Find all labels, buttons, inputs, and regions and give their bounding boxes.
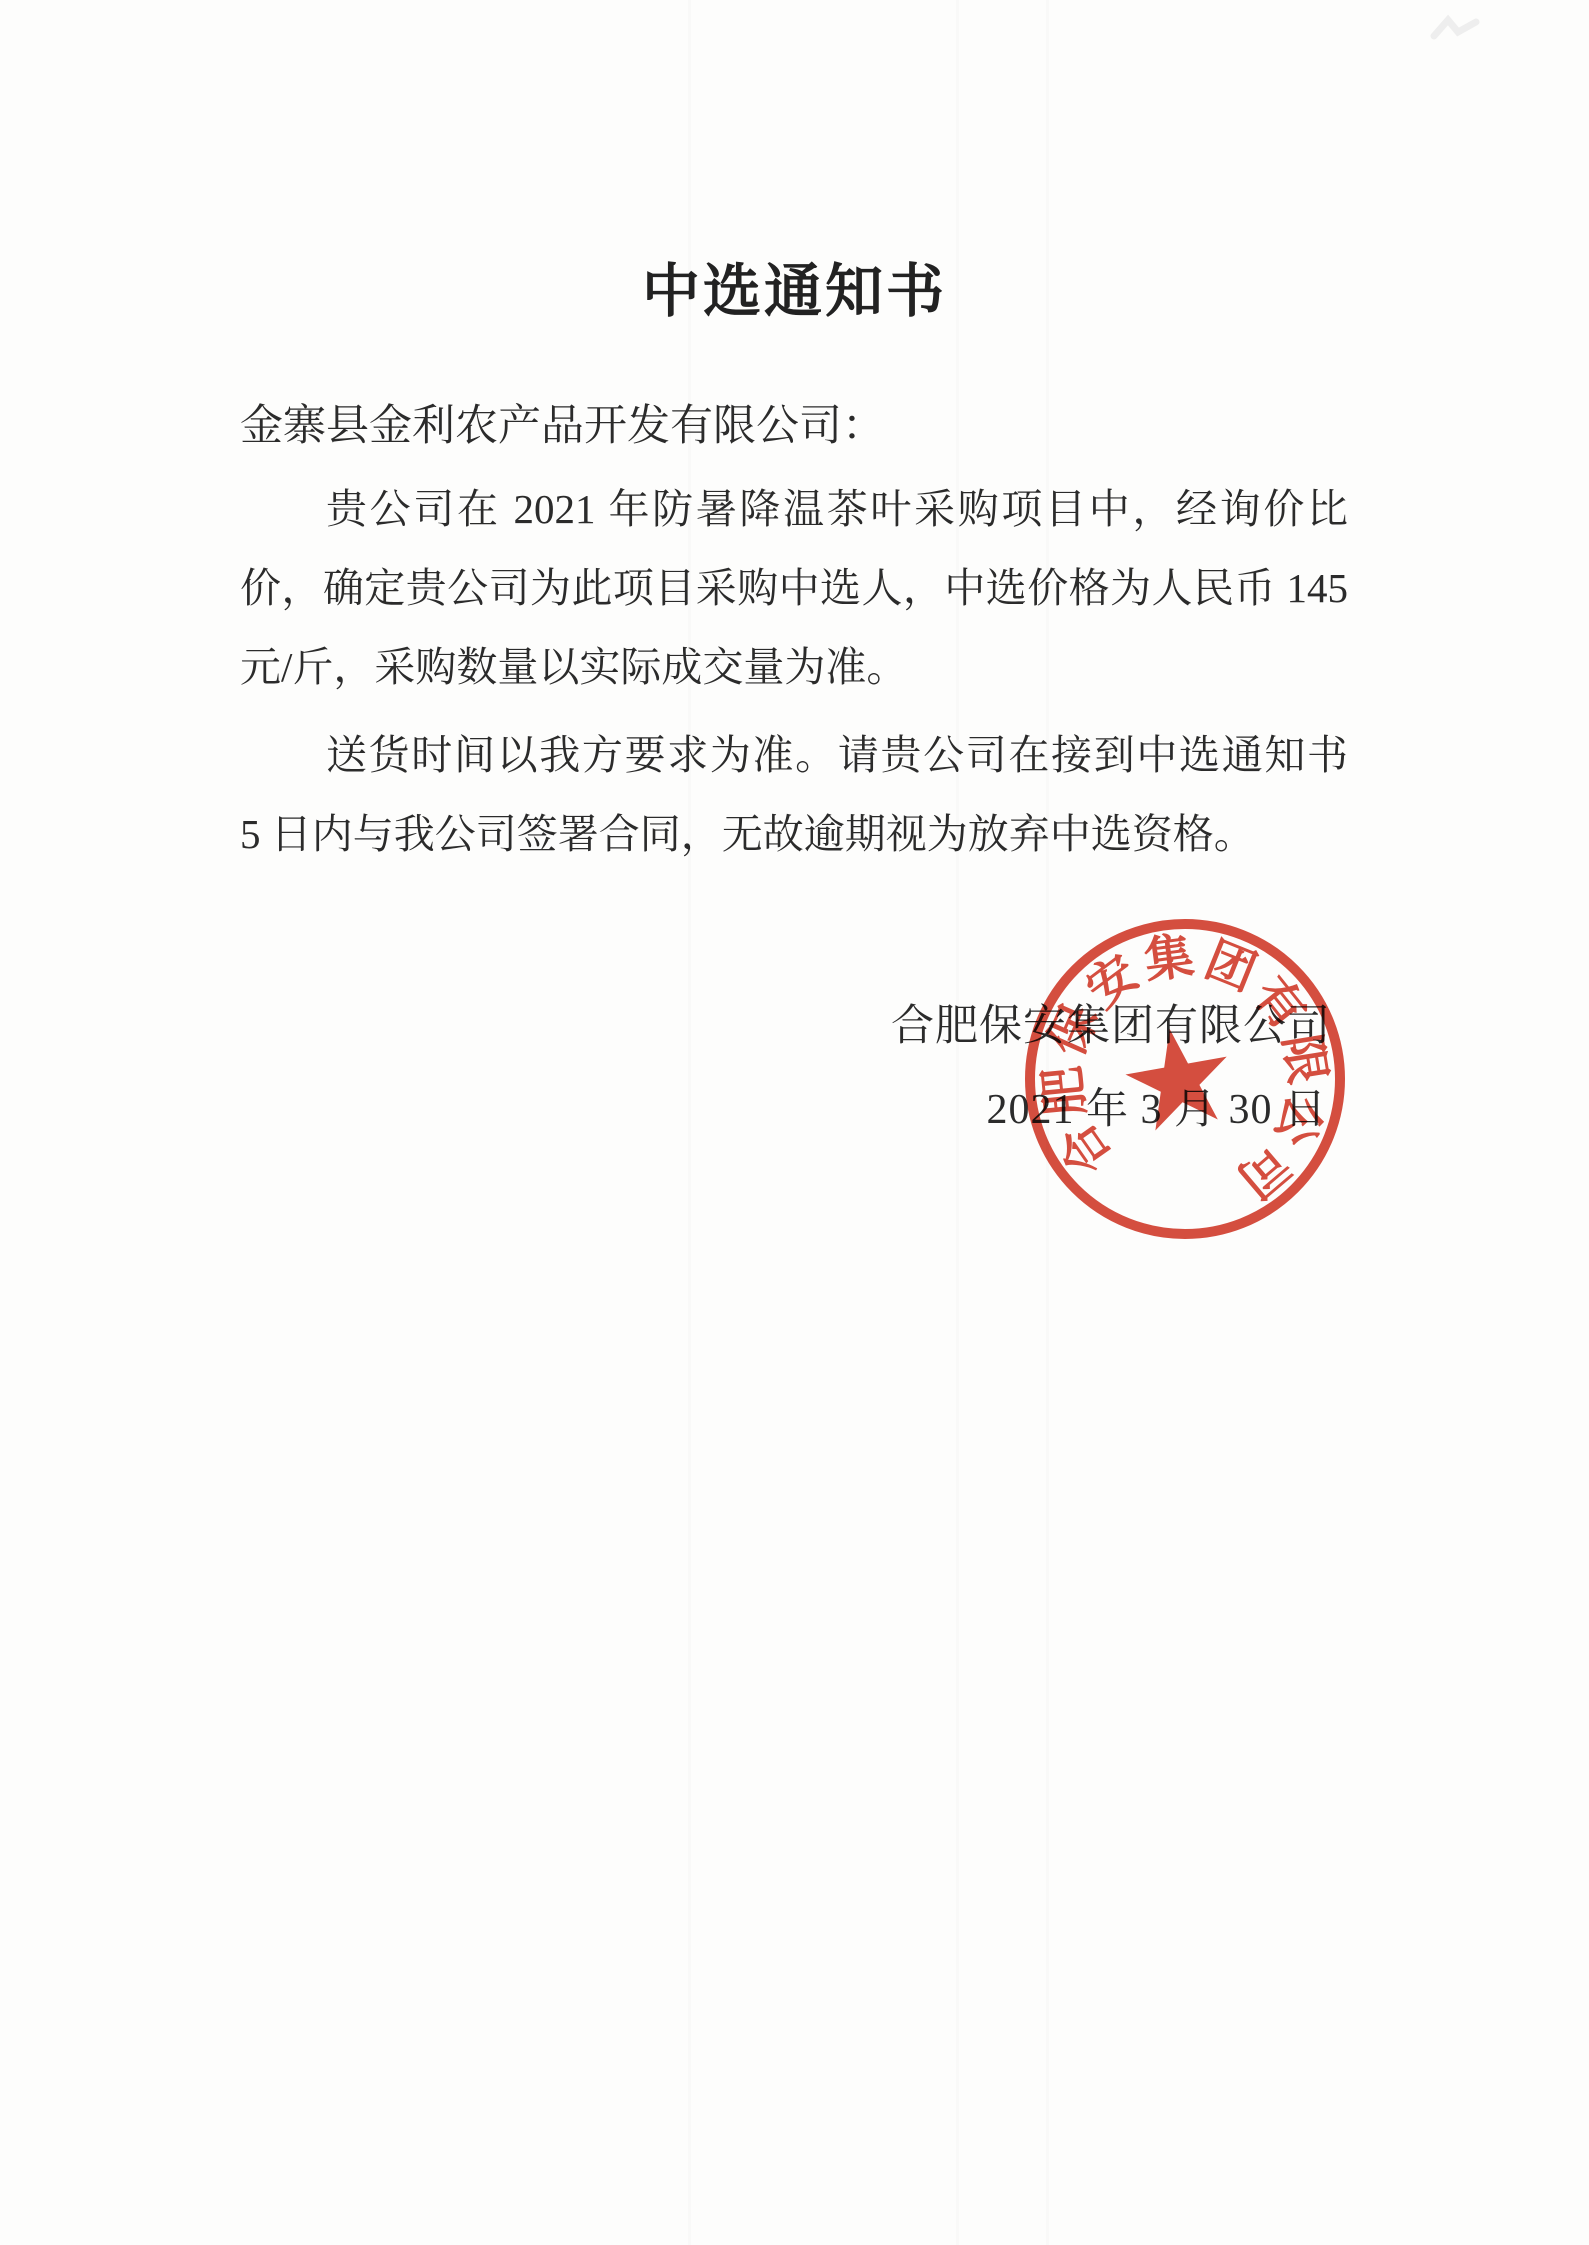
- scan-streak: [688, 0, 691, 2245]
- body-line: 价，确定贵公司为此项目采购中选人，中选价格为人民币 145: [240, 549, 1348, 628]
- body-line: 5 日内与我公司签署合同，无故逾期视为放弃中选资格。: [240, 795, 1348, 874]
- scan-streak: [956, 0, 959, 2245]
- paragraph-2: 送货时间以我方要求为准。请贵公司在接到中选通知书 5 日内与我公司签署合同，无故…: [240, 716, 1348, 874]
- scan-smudge-mark: [1430, 12, 1482, 48]
- seal-ring-char: 限: [1273, 1031, 1334, 1088]
- seal-group: 合 肥 保 安 集 团 有 限 公 司: [1030, 924, 1340, 1234]
- addressee-line: 金寨县金利农产品开发有限公司：: [240, 396, 1348, 458]
- seal-ring-char: 集: [1141, 929, 1197, 989]
- company-seal-stamp: 合 肥 保 安 集 团 有 限 公 司: [1003, 898, 1367, 1262]
- scanned-document-page: 中选通知书 金寨县金利农产品开发有限公司： 贵公司在 2021 年防暑降温茶叶采…: [0, 0, 1589, 2245]
- body-line: 贵公司在 2021 年防暑降温茶叶采购项目中，经询价比: [240, 470, 1348, 549]
- seal-ring-char: 肥: [1036, 1064, 1095, 1118]
- body-line: 元/斤，采购数量以实际成交量为准。: [240, 628, 1348, 707]
- paragraph-1: 贵公司在 2021 年防暑降温茶叶采购项目中，经询价比 价，确定贵公司为此项目采…: [240, 470, 1348, 707]
- body-line: 送货时间以我方要求为准。请贵公司在接到中选通知书: [240, 716, 1348, 795]
- document-title: 中选通知书: [0, 244, 1589, 328]
- seal-star-icon: [1119, 1020, 1237, 1134]
